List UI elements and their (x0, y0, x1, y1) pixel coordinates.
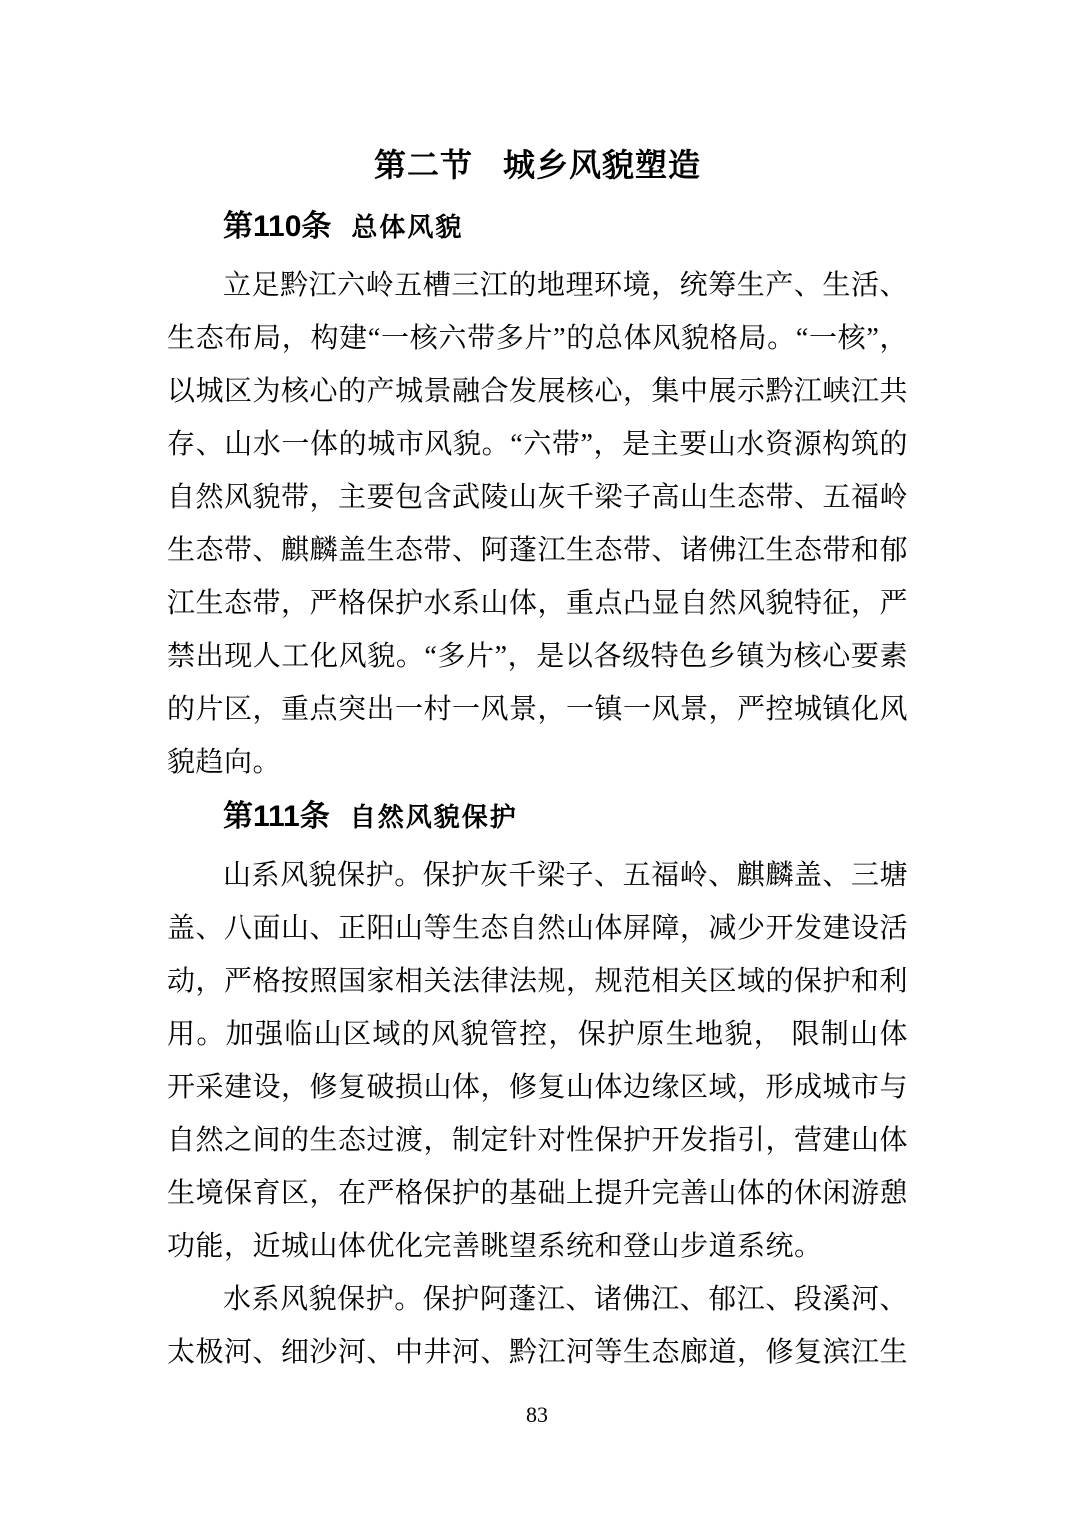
article-111-paragraph-2: 水系风貌保护。保护阿蓬江、诸佛江、郁江、段溪河、太极河、细沙河、中井河、黔江河等… (167, 1273, 908, 1379)
article-110-paragraph-1: 立足黔江六岭五槽三江的地理环境，统筹生产、生活、生态布局，构建“一核六带多片”的… (167, 259, 908, 789)
section-label: 第二节 (374, 147, 473, 183)
article-110-number: 第110条 (223, 210, 331, 243)
section-title: 第二节城乡风貌塑造 (167, 145, 908, 185)
article-110-title: 总体风貌 (351, 213, 463, 242)
page-number: 83 (0, 1402, 1074, 1428)
article-110: 第110条总体风貌 立足黔江六岭五槽三江的地理环境，统筹生产、生活、生态布局，构… (167, 205, 908, 789)
article-111-heading: 第111条自然风貌保护 (167, 795, 908, 841)
article-111-paragraph-1: 山系风貌保护。保护灰千梁子、五福岭、麒麟盖、三塘盖、八面山、正阳山等生态自然山体… (167, 849, 908, 1273)
page-content: 第二节城乡风貌塑造 第110条总体风貌 立足黔江六岭五槽三江的地理环境，统筹生产… (167, 145, 908, 1379)
article-111: 第111条自然风貌保护 山系风貌保护。保护灰千梁子、五福岭、麒麟盖、三塘盖、八面… (167, 795, 908, 1379)
article-111-number: 第111条 (223, 800, 330, 833)
article-111-title: 自然风貌保护 (350, 803, 518, 832)
article-110-heading: 第110条总体风貌 (167, 205, 908, 251)
document-page: 第二节城乡风貌塑造 第110条总体风貌 立足黔江六岭五槽三江的地理环境，统筹生产… (0, 0, 1074, 1520)
section-name: 城乡风貌塑造 (503, 147, 701, 183)
